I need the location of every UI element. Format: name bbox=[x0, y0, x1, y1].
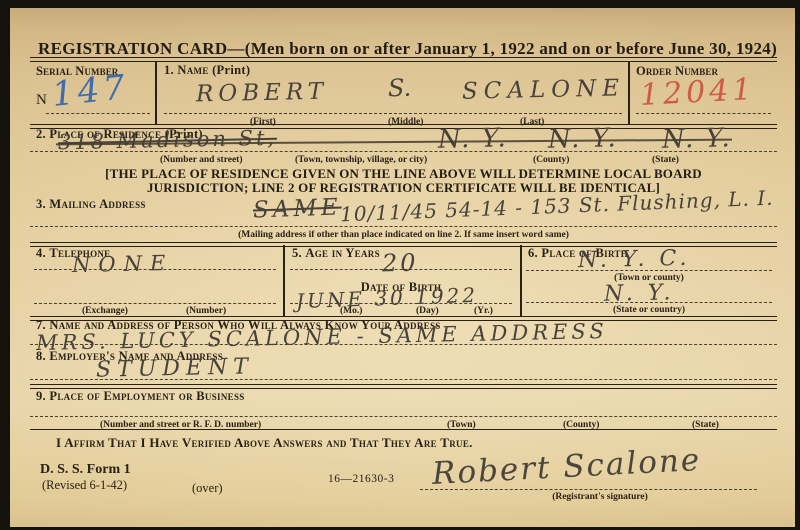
serial-number-value: 147 bbox=[50, 70, 130, 112]
form-revision: (Revised 6-1-42) bbox=[42, 478, 127, 493]
registrant-first-name: ROBERT bbox=[196, 81, 329, 107]
registration-card: REGISTRATION CARD—(Men born on or after … bbox=[0, 0, 800, 530]
telephone-value: NONE bbox=[72, 253, 174, 276]
employment-write-line bbox=[30, 416, 777, 417]
form-number: D. S. S. Form 1 bbox=[40, 462, 131, 478]
serial-prefix: N bbox=[36, 92, 47, 109]
divider-serial-name bbox=[155, 61, 157, 125]
acquaintance-write-line bbox=[30, 344, 777, 345]
telephone-line-1 bbox=[34, 269, 276, 270]
age-line-1 bbox=[290, 269, 512, 270]
birth-town-value: N. Y. C. bbox=[578, 248, 691, 272]
divider-name-order bbox=[628, 61, 630, 125]
rule-under-title bbox=[30, 57, 777, 62]
mailing-label: 3. Mailing Address bbox=[36, 197, 146, 212]
age-label: 5. Age in Years bbox=[292, 246, 380, 261]
registrant-signature: Robert Scalone bbox=[431, 445, 702, 490]
residence-sub-county: (County) bbox=[533, 155, 569, 165]
age-line-2 bbox=[290, 303, 512, 304]
card-edge-top bbox=[0, 0, 800, 8]
telephone-sub-number: (Number) bbox=[186, 306, 226, 316]
registrant-last-name: SCALONE bbox=[462, 77, 625, 103]
residence-sub-city: (Town, township, village, or city) bbox=[295, 155, 427, 165]
mailing-struck-value: SAME bbox=[253, 196, 342, 222]
dob-sub-month: (Mo.) bbox=[340, 306, 362, 316]
order-number-value: 12041 bbox=[639, 75, 756, 111]
serial-write-line bbox=[46, 113, 150, 114]
rule-under-employment bbox=[30, 429, 777, 430]
dob-sub-year: (Yr.) bbox=[474, 306, 493, 316]
name-write-line bbox=[164, 113, 622, 114]
signature-sub-label: (Registrant's signature) bbox=[460, 492, 740, 502]
card-edge-right bbox=[795, 0, 800, 530]
dob-sub-day: (Day) bbox=[416, 306, 439, 316]
age-value: 20 bbox=[382, 251, 419, 276]
order-write-line bbox=[636, 113, 771, 114]
date-of-birth-value: JUNE 30 1922 bbox=[296, 285, 479, 311]
registrant-middle-initial: S. bbox=[388, 76, 412, 100]
residence-city-value: N. Y. bbox=[438, 125, 508, 152]
employer-value: STUDENT bbox=[96, 356, 254, 381]
employer-write-line bbox=[30, 379, 777, 380]
mailing-write-line bbox=[30, 226, 777, 227]
name-label: 1. Name (Print) bbox=[164, 63, 250, 78]
residence-sub-state: (State) bbox=[652, 155, 679, 165]
divider-telephone-age bbox=[283, 245, 285, 316]
print-code: 16—21630-3 bbox=[328, 473, 394, 485]
divider-age-birth bbox=[520, 245, 522, 316]
signature-line bbox=[420, 489, 757, 490]
over-note: (over) bbox=[192, 481, 223, 496]
mailing-sub-label: (Mailing address if other than place ind… bbox=[30, 230, 777, 240]
telephone-line-2 bbox=[34, 303, 276, 304]
employment-label: 9. Place of Employment or Business bbox=[36, 389, 245, 404]
telephone-sub-exchange: (Exchange) bbox=[82, 306, 128, 316]
card-edge-left bbox=[0, 0, 10, 530]
residence-street-value: 318 Madison St, bbox=[58, 128, 277, 154]
birth-line-2 bbox=[526, 302, 772, 303]
residence-write-line bbox=[30, 151, 777, 152]
card-title: REGISTRATION CARD—(Men born on or after … bbox=[38, 39, 777, 59]
birth-line-1 bbox=[526, 270, 772, 271]
birth-sub-state: (State or country) bbox=[526, 305, 772, 315]
residence-sub-street: (Number and street) bbox=[160, 155, 243, 165]
affirmation-text: I Affirm That I Have Verified Above Answ… bbox=[56, 435, 473, 451]
